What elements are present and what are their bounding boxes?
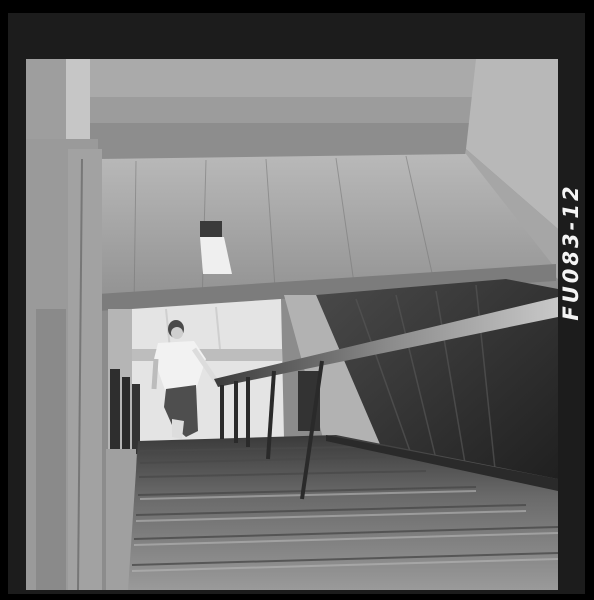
negative-number-label: FU083-12 (559, 183, 583, 320)
staircase-scene (26, 59, 558, 590)
photograph (26, 59, 558, 590)
